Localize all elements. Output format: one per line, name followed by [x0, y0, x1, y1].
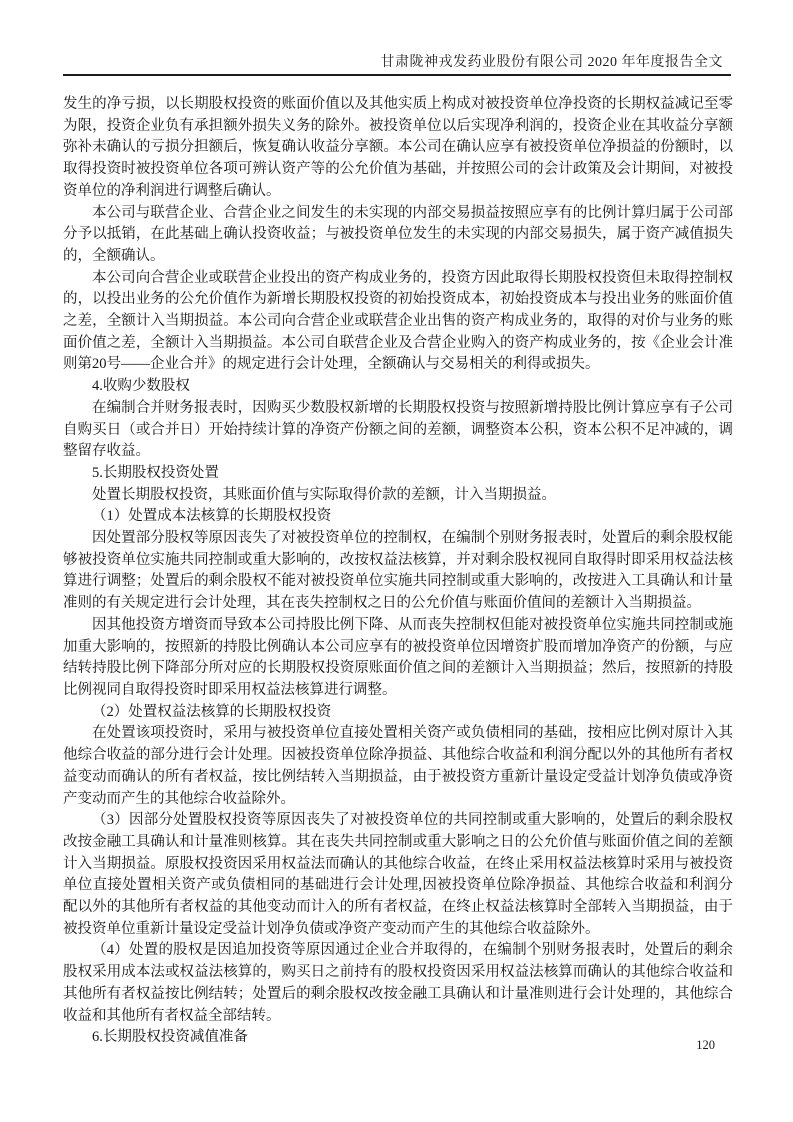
paragraph-4-business-combination-disposal: （4）处置的股权是因追加投资等原因通过企业合并取得的，在编制个别财务报表时，处置…: [63, 940, 733, 1027]
document-body: 发生的净亏损，以长期股权投资的账面价值以及其他实质上构成对被投资单位净投资的长期…: [63, 94, 733, 1049]
paragraph-disposal-general: 处置长期股权投资，其账面价值与实际取得价款的差额，计入当期损益。: [63, 485, 733, 507]
paragraph-invested-asset-business: 本公司向合营企业或联营企业投出的资产构成业务的，投资方因此取得长期股权投资但未取…: [63, 268, 733, 377]
paragraph-3-loss-of-joint-control: （3）因部分处置股权投资等原因丧失了对被投资单位的共同控制或重大影响的，处置后的…: [63, 810, 733, 940]
paragraph-shareholding-dilution: 因其他投资方增资而导致本公司持股比例下降、从而丧失控制权但能对被投资单位实施共同…: [63, 615, 733, 702]
page-footer: 120: [63, 1038, 715, 1053]
page-number: 120: [696, 1038, 715, 1052]
paragraph-equity-method-disposal: 在处置该项投资时，采用与被投资单位直接处置相关资产或负债相同的基础，按相应比例对…: [63, 723, 733, 810]
subheading-2-equity-method-disposal: （2）处置权益法核算的长期股权投资: [63, 702, 733, 724]
subheading-1-cost-method-disposal: （1）处置成本法核算的长期股权投资: [63, 506, 733, 528]
report-title: 甘肃陇神戎发药业股份有限公司 2020 年年度报告全文: [381, 55, 724, 70]
heading-4-minority-equity-acquisition: 4.收购少数股权: [63, 376, 733, 398]
report-page: 甘肃陇神戎发药业股份有限公司 2020 年年度报告全文 发生的净亏损，以长期股权…: [0, 0, 793, 1122]
paragraph-continuation: 发生的净亏损，以长期股权投资的账面价值以及其他实质上构成对被投资单位净投资的长期…: [63, 94, 733, 203]
header-divider: [63, 74, 731, 76]
paragraph-cost-method-disposal: 因处置部分股权等原因丧失了对被投资单位的控制权，在编制个别财务报表时，处置后的剩…: [63, 528, 733, 615]
paragraph-minority-equity-acquisition: 在编制合并财务报表时，因购买少数股权新增的长期股权投资与按照新增持股比例计算应享…: [63, 398, 733, 463]
paragraph-unrealized-internal-transactions: 本公司与联营企业、合营企业之间发生的未实现的内部交易损益按照应享有的比例计算归属…: [63, 203, 733, 268]
page-header: 甘肃陇神戎发药业股份有限公司 2020 年年度报告全文: [63, 51, 723, 71]
heading-5-equity-investment-disposal: 5.长期股权投资处置: [63, 463, 733, 485]
